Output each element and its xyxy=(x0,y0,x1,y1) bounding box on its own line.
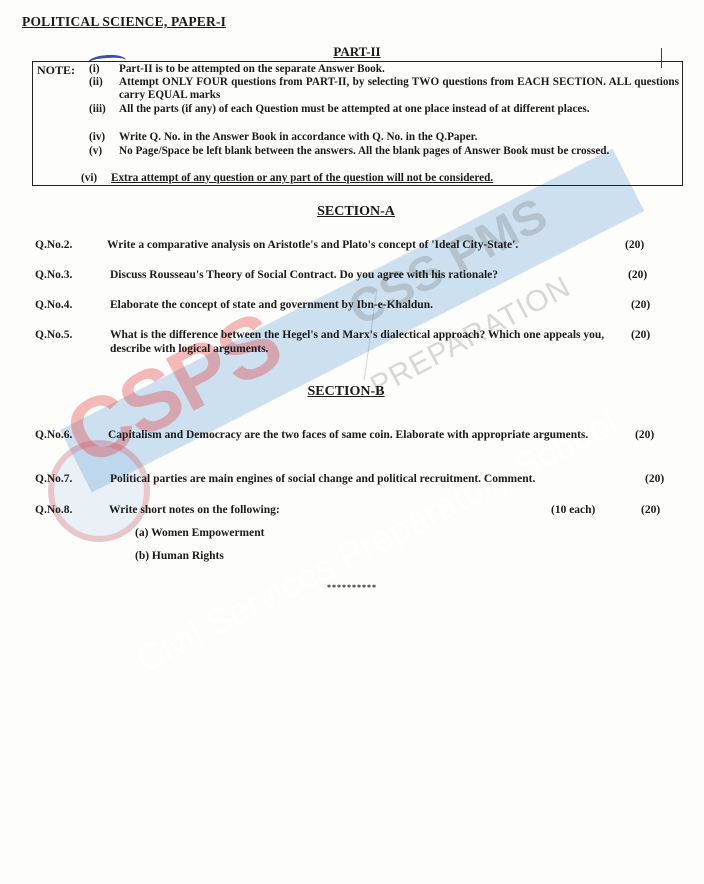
exam-page: CSPS CSS PMS PREPARATION Civil Services … xyxy=(0,0,704,884)
watermark-school: Civil Services Preparatory School xyxy=(130,401,625,681)
section-a-title: SECTION-A xyxy=(0,204,704,220)
section-b-title: SECTION-B xyxy=(0,384,704,400)
note-label: NOTE: xyxy=(37,63,75,78)
note-text: Extra attempt of any question or any par… xyxy=(111,172,671,185)
question-each-marks: (10 each) xyxy=(551,503,595,517)
note-text: Write Q. No. in the Answer Book in accor… xyxy=(119,131,679,144)
subpart-b: (b) Human Rights xyxy=(135,550,224,562)
question-text: Discuss Rousseau's Theory of Social Cont… xyxy=(110,268,620,282)
question-text: Capitalism and Democracy are the two fac… xyxy=(108,428,633,442)
question-number: Q.No.8. xyxy=(35,503,105,517)
question-text: Political parties are main engines of so… xyxy=(110,472,650,486)
paper-title: POLITICAL SCIENCE, PAPER-I xyxy=(22,14,226,30)
question-marks: (20) xyxy=(631,298,650,312)
question-number: Q.No.4. xyxy=(35,298,105,312)
note-number: (vi) xyxy=(81,172,97,185)
note-number: (ii) xyxy=(89,76,103,89)
question-text: Elaborate the concept of state and gover… xyxy=(110,298,620,312)
note-number: (iv) xyxy=(89,131,105,144)
question-number: Q.No.5. xyxy=(35,328,105,342)
question-text: Write short notes on the following: xyxy=(109,503,509,517)
note-text: Part-II is to be attempted on the separa… xyxy=(119,63,679,76)
question-marks: (20) xyxy=(625,238,644,252)
note-number: (iii) xyxy=(89,103,106,116)
question-text: Write a comparative analysis on Aristotl… xyxy=(107,238,627,252)
note-text: Attempt ONLY FOUR questions from PART-II… xyxy=(119,76,679,101)
question-marks: (20) xyxy=(645,472,664,486)
question-number: Q.No.7. xyxy=(35,472,105,486)
question-number: Q.No.2. xyxy=(35,238,105,252)
question-marks: (20) xyxy=(631,328,650,342)
note-text: No Page/Space be left blank between the … xyxy=(119,145,679,158)
note-text: All the parts (if any) of each Question … xyxy=(119,103,679,116)
question-number: Q.No.3. xyxy=(35,268,105,282)
note-number: (v) xyxy=(89,145,102,158)
question-number: Q.No.6. xyxy=(35,428,105,442)
question-marks: (20) xyxy=(641,503,660,517)
instructions-box: NOTE: (i) Part-II is to be attempted on … xyxy=(32,61,683,186)
note-number: (i) xyxy=(89,63,100,76)
question-marks: (20) xyxy=(628,268,647,282)
question-marks: (20) xyxy=(635,428,654,442)
subpart-a: (a) Women Empowerment xyxy=(135,527,264,539)
question-text: What is the difference between the Hegel… xyxy=(110,328,622,356)
end-marker: ********** xyxy=(0,583,704,592)
